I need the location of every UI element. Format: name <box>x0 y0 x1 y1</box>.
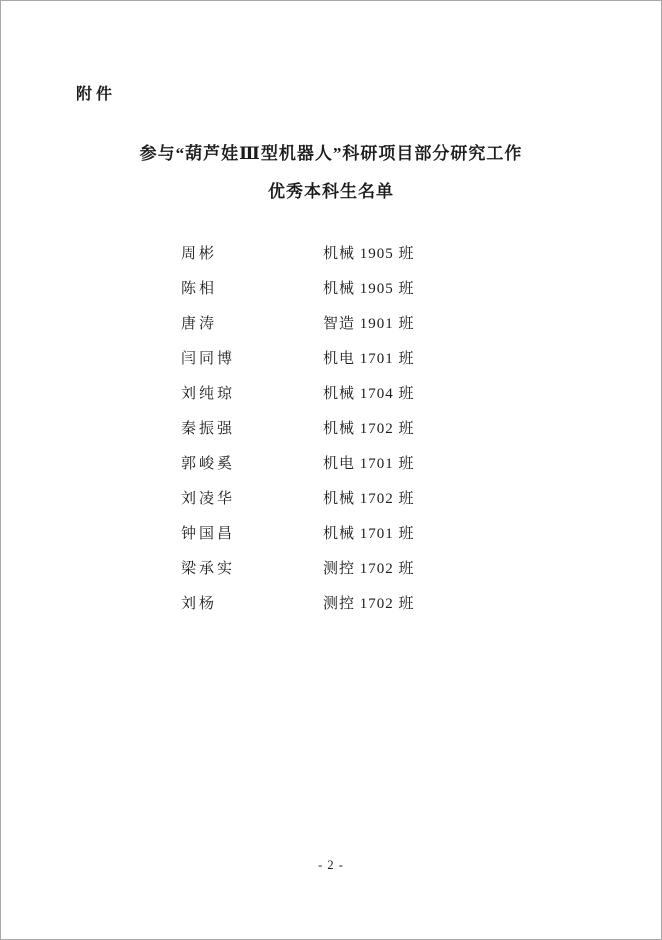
student-row: 刘杨 测控 1702 班 <box>181 585 481 620</box>
student-name: 闫同博 <box>181 347 323 368</box>
student-class: 机械 1704 班 <box>323 382 415 403</box>
student-row: 郭峻奚 机电 1701 班 <box>181 445 481 480</box>
document-page: 附件 参与“葫芦娃Ⅲ型机器人”科研项目部分研究工作 优秀本科生名单 周彬 机械 … <box>0 0 662 940</box>
student-class: 机械 1905 班 <box>323 242 415 263</box>
student-class: 机械 1702 班 <box>323 417 415 438</box>
student-row: 周彬 机械 1905 班 <box>181 235 481 270</box>
student-class: 机械 1701 班 <box>323 522 415 543</box>
attachment-label: 附件 <box>76 81 116 104</box>
student-name: 秦振强 <box>181 417 323 438</box>
document-title-line2: 优秀本科生名单 <box>1 173 661 211</box>
document-title: 参与“葫芦娃Ⅲ型机器人”科研项目部分研究工作 优秀本科生名单 <box>1 135 661 211</box>
student-row: 秦振强 机械 1702 班 <box>181 410 481 445</box>
student-row: 唐涛 智造 1901 班 <box>181 305 481 340</box>
student-name: 唐涛 <box>181 312 323 333</box>
student-name: 周彬 <box>181 242 323 263</box>
student-name: 梁承实 <box>181 557 323 578</box>
student-class: 机电 1701 班 <box>323 452 415 473</box>
student-name: 刘杨 <box>181 592 323 613</box>
student-row: 陈相 机械 1905 班 <box>181 270 481 305</box>
document-title-line1: 参与“葫芦娃Ⅲ型机器人”科研项目部分研究工作 <box>1 135 661 173</box>
student-name: 刘纯琼 <box>181 382 323 403</box>
student-row: 梁承实 测控 1702 班 <box>181 550 481 585</box>
page-number: - 2 - <box>1 858 661 873</box>
student-list: 周彬 机械 1905 班 陈相 机械 1905 班 唐涛 智造 1901 班 闫… <box>181 235 481 620</box>
student-class: 测控 1702 班 <box>323 557 415 578</box>
student-name: 陈相 <box>181 277 323 298</box>
student-row: 刘纯琼 机械 1704 班 <box>181 375 481 410</box>
student-row: 刘凌华 机械 1702 班 <box>181 480 481 515</box>
student-name: 钟国昌 <box>181 522 323 543</box>
student-name: 刘凌华 <box>181 487 323 508</box>
student-row: 闫同博 机电 1701 班 <box>181 340 481 375</box>
student-class: 机械 1905 班 <box>323 277 415 298</box>
student-class: 机电 1701 班 <box>323 347 415 368</box>
student-name: 郭峻奚 <box>181 452 323 473</box>
student-class: 智造 1901 班 <box>323 312 415 333</box>
student-row: 钟国昌 机械 1701 班 <box>181 515 481 550</box>
student-class: 测控 1702 班 <box>323 592 415 613</box>
student-class: 机械 1702 班 <box>323 487 415 508</box>
